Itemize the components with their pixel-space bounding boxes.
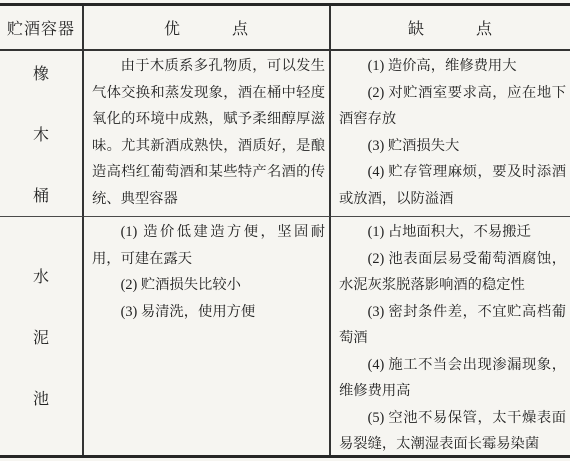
cement-pool-disadvantages-cell: (1) 占地面积大，不易搬迁 (2) 池表面层易受葡萄酒腐蚀，水泥灰浆脱落影响酒… bbox=[331, 217, 570, 455]
oak-barrel-label-cell: 橡 木 桶 bbox=[0, 51, 84, 217]
container-label-char: 池 bbox=[33, 386, 49, 409]
col-header-container: 贮酒容器 bbox=[0, 6, 84, 51]
container-label-char: 木 bbox=[33, 122, 49, 145]
advantage-item: (3) 易清洗，使用方便 bbox=[92, 299, 325, 326]
container-label-char: 泥 bbox=[33, 325, 49, 348]
disadvantage-item: (3) 密封条件差，不宜贮高档葡萄酒 bbox=[339, 299, 566, 352]
disadvantage-item: (1) 占地面积大，不易搬迁 bbox=[339, 219, 566, 246]
oak-barrel-advantages-cell: 由于木质系多孔物质，可以发生气体交换和蒸发现象，酒在桶中轻度氧化的环境中成熟，赋… bbox=[84, 51, 331, 217]
col-header-advantages: 优 点 bbox=[84, 6, 331, 51]
disadvantage-item: (4) 贮存管理麻烦，要及时添酒或放酒，以防溢酒 bbox=[339, 159, 566, 212]
disadvantage-item: (2) 对贮酒室要求高，应在地下酒窖存放 bbox=[339, 80, 566, 133]
disadvantage-item: (4) 施工不当会出现渗漏现象，维修费用高 bbox=[339, 352, 566, 405]
advantage-item: (1) 造价低建造方便，坚固耐用，可建在露天 bbox=[92, 219, 325, 272]
container-label-char: 水 bbox=[33, 264, 49, 287]
storage-container-comparison-table: 贮酒容器 优 点 缺 点 橡 木 桶 由于木质系多孔物质，可以发生气体交换和蒸发… bbox=[0, 3, 570, 458]
disadvantage-item: (2) 池表面层易受葡萄酒腐蚀，水泥灰浆脱落影响酒的稳定性 bbox=[339, 246, 566, 299]
disadvantage-item: (3) 贮酒损失大 bbox=[339, 133, 566, 160]
cement-pool-label-cell: 水 泥 池 bbox=[0, 217, 84, 455]
advantage-item: (2) 贮酒损失比较小 bbox=[92, 272, 325, 299]
scanned-table-page: 贮酒容器 优 点 缺 点 橡 木 桶 由于木质系多孔物质，可以发生气体交换和蒸发… bbox=[0, 0, 570, 461]
oak-barrel-disadvantages-cell: (1) 造价高，维修费用大 (2) 对贮酒室要求高，应在地下酒窖存放 (3) 贮… bbox=[331, 51, 570, 217]
advantage-item: 由于木质系多孔物质，可以发生气体交换和蒸发现象，酒在桶中轻度氧化的环境中成熟，赋… bbox=[92, 53, 325, 212]
col-header-disadvantages: 缺 点 bbox=[331, 6, 570, 51]
container-label-char: 桶 bbox=[33, 183, 49, 206]
container-label-char: 橡 bbox=[33, 61, 49, 84]
disadvantage-item: (5) 空池不易保管，太干燥表面易裂缝，太潮湿表面长霉易染菌 bbox=[339, 405, 566, 456]
cement-pool-advantages-cell: (1) 造价低建造方便，坚固耐用，可建在露天 (2) 贮酒损失比较小 (3) 易… bbox=[84, 217, 331, 455]
disadvantage-item: (1) 造价高，维修费用大 bbox=[339, 53, 566, 80]
